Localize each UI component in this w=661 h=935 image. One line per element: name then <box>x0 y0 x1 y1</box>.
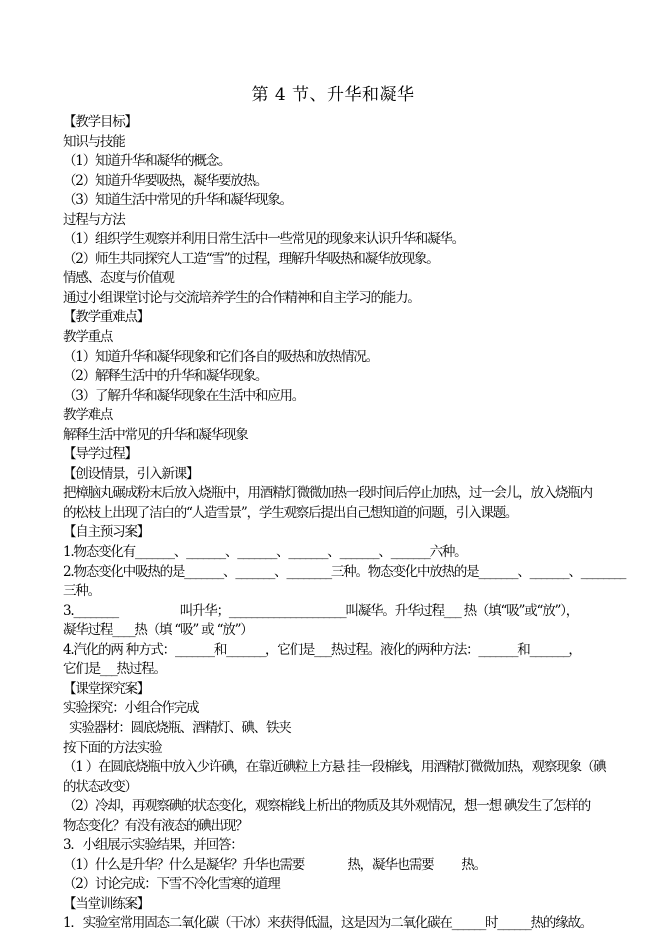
doc-line: （2）讨论完成：下雪不冷化雪寒的道理 <box>63 875 603 895</box>
doc-line: 它们是___热过程。 <box>63 660 603 680</box>
doc-line: 按下面的方法实验 <box>63 739 603 759</box>
doc-line: 的状态改变） <box>63 778 603 798</box>
document-body: 【教学目标】知识与技能（1）知道升华和凝华的概念。（2）知道升华要吸热，凝华要放… <box>63 113 603 934</box>
doc-line: 【自主预习案】 <box>63 523 603 543</box>
document-content: 第 4 节、升华和凝华 【教学目标】知识与技能（1）知道升华和凝华的概念。（2）… <box>63 84 603 934</box>
doc-line: 2.物态变化中吸热的是_______、_______、________三种。物态… <box>63 563 603 583</box>
doc-line: 三种。 <box>63 582 603 602</box>
doc-line: 解释生活中常见的升华和凝华现象 <box>63 426 603 446</box>
document-title: 第 4 节、升华和凝华 <box>63 84 603 106</box>
doc-line: 实验器材：圆底烧瓶、酒精灯、碘、铁夹 <box>63 719 603 739</box>
doc-line: 1．实验室常用固态二氧化碳（干冰）来获得低温，这是因为二氧化碳在______时_… <box>63 914 603 934</box>
doc-line: （1）知道升华和凝华现象和它们各自的吸热和放热情况。 <box>63 348 603 368</box>
doc-line: （1 ）在圆底烧瓶中放入少许碘，在靠近碘粒上方悬 挂一段棉线，用酒精灯微微加热，… <box>63 758 603 778</box>
doc-line: 3.________ 叫升华；_____________________叫凝华。… <box>63 602 603 622</box>
doc-line: （2）冷却，再观察碘的状态变化，观察棉线上析出的物质及其外观情况，想一想 碘发生… <box>63 797 603 817</box>
doc-line: （2）解释生活中的升华和凝华现象。 <box>63 367 603 387</box>
doc-line: （1）组织学生观察并利用日常生活中一些常见的现象来认识升华和凝华。 <box>63 230 603 250</box>
doc-line: 的松枝上出现了洁白的“人造雪景”，学生观察后提出自己想知道的问题，引入课题。 <box>63 504 603 524</box>
doc-line: 【当堂训练案】 <box>63 895 603 915</box>
doc-line: 实验探究：小组合作完成 <box>63 699 603 719</box>
doc-line: 【教学目标】 <box>63 113 603 133</box>
doc-line: 【创设情景，引入新课】 <box>63 465 603 485</box>
doc-line: 【课堂探究案】 <box>63 680 603 700</box>
doc-line: 教学难点 <box>63 406 603 426</box>
doc-line: 情感、态度与价值观 <box>63 269 603 289</box>
doc-line: 4.汽化的两 种方式：_______和_______，它们是___热过程。液化的… <box>63 641 603 661</box>
doc-line: 3．小组展示实验结果，并回答： <box>63 836 603 856</box>
doc-line: 知识与技能 <box>63 133 603 153</box>
doc-line: 1.物态变化有_______、_______、_______、_______、_… <box>63 543 603 563</box>
doc-line: 把樟脑丸碾成粉末后放入烧瓶中，用酒精灯微微加热一段时间后停止加热，过一会儿，放入… <box>63 484 603 504</box>
doc-line: （3）了解升华和凝华现象在生活中和应用。 <box>63 387 603 407</box>
doc-line: （2）师生共同探究人工造“雪”的过程，理解升华吸热和凝华放现象。 <box>63 250 603 270</box>
doc-line: （2）知道升华要吸热，凝华要放热。 <box>63 172 603 192</box>
doc-line: 过程与方法 <box>63 211 603 231</box>
doc-line: （1）什么是升华？什么是凝华？升华也需要 热，凝华也需要 热。 <box>63 856 603 876</box>
doc-line: 物态变化？有没有液态的碘出现？ <box>63 817 603 837</box>
doc-line: 教学重点 <box>63 328 603 348</box>
doc-line: 凝华过程____热（填 “吸” 或 “放”） <box>63 621 603 641</box>
doc-line: 【导学过程】 <box>63 445 603 465</box>
doc-line: 通过小组课堂讨论与交流培养学生的合作精神和自主学习的能力。 <box>63 289 603 309</box>
document-page: 第 4 节、升华和凝华 【教学目标】知识与技能（1）知道升华和凝华的概念。（2）… <box>0 0 661 935</box>
doc-line: 【教学重难点】 <box>63 308 603 328</box>
doc-line: （1）知道升华和凝华的概念。 <box>63 152 603 172</box>
doc-line: （3）知道生活中常见的升华和凝华现象。 <box>63 191 603 211</box>
